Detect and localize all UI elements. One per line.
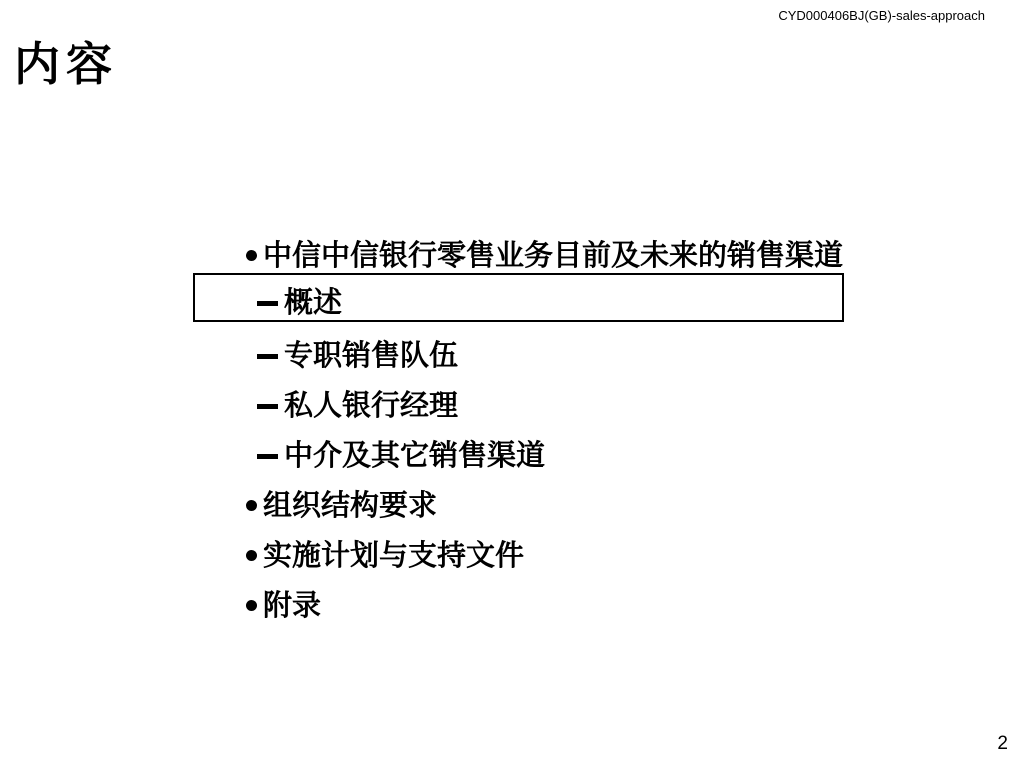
toc-item-sales-channels: 中信中信银行零售业务目前及未来的销售渠道 (0, 238, 1024, 278)
toc-item-label: 私人银行经理 (284, 388, 458, 422)
dash-icon (257, 404, 278, 409)
dash-icon (257, 354, 278, 359)
toc-item-implementation-plan: 实施计划与支持文件 (0, 538, 1024, 578)
toc-item-appendix: 附录 (0, 588, 1024, 628)
document-id: CYD000406BJ(GB)-sales-approach (778, 8, 985, 23)
toc-subitem-overview: 概述 (0, 285, 1024, 325)
toc-subitem-intermediary-other-channels: 中介及其它销售渠道 (0, 438, 1024, 478)
toc-item-label: 中信中信银行零售业务目前及未来的销售渠道 (263, 238, 843, 272)
table-of-contents: 中信中信银行零售业务目前及未来的销售渠道 概述 专职销售队伍 私人银行经理 中介… (0, 238, 1024, 658)
toc-item-label: 实施计划与支持文件 (263, 538, 524, 572)
toc-item-label: 组织结构要求 (263, 488, 437, 522)
toc-item-label: 专职销售队伍 (284, 338, 458, 372)
slide: CYD000406BJ(GB)-sales-approach 内容 中信中信银行… (0, 0, 1024, 768)
page-number: 2 (997, 733, 1008, 755)
bullet-icon (246, 500, 257, 511)
bullet-icon (246, 600, 257, 611)
toc-subitem-private-banking-manager: 私人银行经理 (0, 388, 1024, 428)
dash-icon (257, 454, 278, 459)
dash-icon (257, 301, 278, 306)
page-title: 内容 (14, 28, 118, 94)
toc-item-label: 附录 (263, 588, 321, 622)
toc-subitem-dedicated-sales-force: 专职销售队伍 (0, 338, 1024, 378)
toc-item-org-structure: 组织结构要求 (0, 488, 1024, 528)
toc-item-label: 中介及其它销售渠道 (284, 438, 545, 472)
bullet-icon (246, 250, 257, 261)
bullet-icon (246, 550, 257, 561)
toc-item-label: 概述 (284, 285, 342, 319)
